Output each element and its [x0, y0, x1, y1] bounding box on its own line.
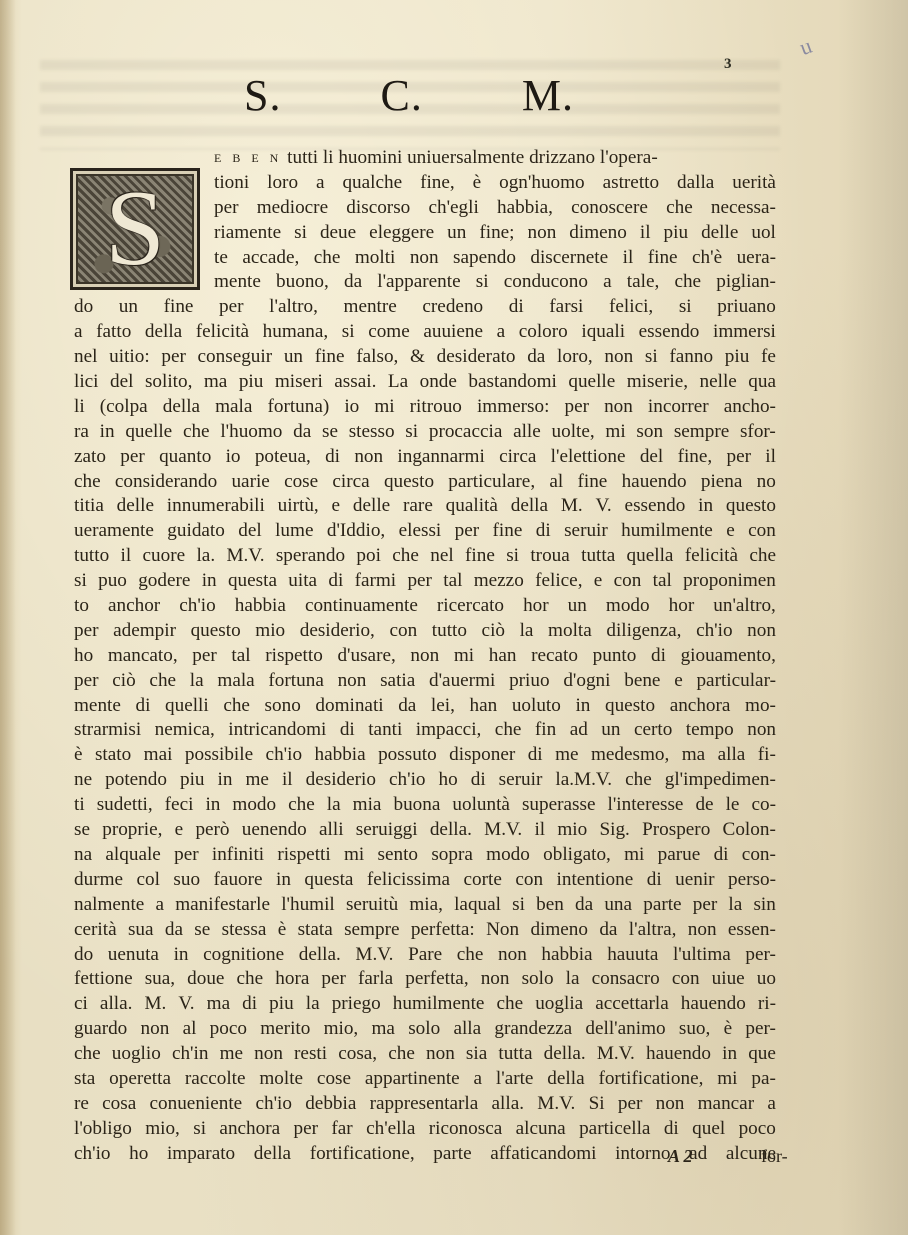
text-line: E B E N tutti li huomini uniuersalmente …	[74, 146, 776, 171]
text-line: cialla.M.V.madipiulapriegohumilmentecheu…	[74, 992, 776, 1017]
title-letter-s: S.	[244, 70, 281, 121]
text-line: dounfineperl'altro,mentrecredenodifarsif…	[74, 295, 776, 320]
text-line: mentediquellichesonodominatidalei,hanuol…	[74, 694, 776, 719]
text-line: perciòchelamalafortunanonsatiad'auermipr…	[74, 669, 776, 694]
catchword: for-	[761, 1146, 788, 1166]
sheet-mark: u	[796, 29, 826, 61]
document-page: u 3 S. C. M. S E B E N tutti li huomini …	[0, 0, 908, 1235]
text-line: cheuoglioch'inmenonresticosa,chenonsiatu…	[74, 1042, 776, 1067]
text-line: mentebuono,dal'apparentesiconduconoatale…	[74, 270, 776, 295]
folio-number: 3	[724, 56, 732, 73]
signature-mark: A 2	[668, 1146, 693, 1166]
text-line: seproprie,eperòuenendoalliseruiggidella.…	[74, 818, 776, 843]
body-text: E B E N tutti li huomini uniuersalmente …	[74, 146, 776, 1167]
text-line: sipuogodereinquestauitadifarmipertalmezz…	[74, 569, 776, 594]
title-letter-m: M.	[522, 70, 574, 121]
text-line: neluitio:perconseguirunfinefalso,&deside…	[74, 345, 776, 370]
page-edge-shadow	[838, 0, 908, 1235]
text-line: toanchorch'iohabbiacontinuamentericercat…	[74, 594, 776, 619]
text-line: tuttoilcuorela.M.V.sperandopoichenelfine…	[74, 544, 776, 569]
opening-small-caps: E B E N	[214, 146, 282, 171]
text-line: peradempirquestomiodesiderio,contuttociò…	[74, 619, 776, 644]
text-line: tioniloroaqualchefine,èogn'huomoastretto…	[74, 171, 776, 196]
text-line: nalmenteamanifestarlel'humilseruitùmia,l…	[74, 893, 776, 918]
text-line: riamentesideueeleggereunfine;nondimenoil…	[74, 221, 776, 246]
text-line: permediocrediscorsoch'eglihabbia,conosce…	[74, 196, 776, 221]
text-line: tisudetti,feciinmodochelamiabuonauoluntà…	[74, 793, 776, 818]
text-line: strarmisinemica,intricandomiditantiimpac…	[74, 718, 776, 743]
text-line: licidelsolito,mapiumiseriassai.Laondebas…	[74, 370, 776, 395]
text-line: durmecolsuofauoreinquestafelicissimacort…	[74, 868, 776, 893]
text-line: staoperettaraccoltemoltecoseappartinente…	[74, 1067, 776, 1092]
text-line: fettionesua,douechehoraperfarlaperfetta,…	[74, 967, 776, 992]
page-footer: A 2 for-	[668, 1146, 788, 1167]
text-line: èstatomaipossibilech'iohabbiapossutodisp…	[74, 743, 776, 768]
text-line: ceritàsuadasestessaèstatasempreperfetta:…	[74, 918, 776, 943]
text-line: douenutaincognitionedella.M.V.Parechenon…	[74, 943, 776, 968]
text-line: titiadelleinnumerabiliuirtù,edellerarequ…	[74, 494, 776, 519]
text-line: teaccade,chemoltinonsapendodiscerneteilf…	[74, 246, 776, 271]
title-letter-c: C.	[381, 70, 423, 121]
text-line: li(colpadellamalafortuna)iomiritrouoimme…	[74, 395, 776, 420]
text-line: homancato,pertalrispettod'usare,nonmihan…	[74, 644, 776, 669]
page-gutter-shadow	[0, 0, 16, 1235]
text-line: nepotendopiuinmeildesiderioch'iohodiseru…	[74, 768, 776, 793]
page-title: S. C. M.	[244, 70, 574, 121]
text-line: ueramenteguidatodellumed'Iddio,elessiper…	[74, 519, 776, 544]
text-line: l'obligomio,sianchoraperfarch'ellaricono…	[74, 1117, 776, 1142]
text-line: afattodellafelicitàhumana,sicomeauuienea…	[74, 320, 776, 345]
text-line: naalqualeperinfinitirispettimisentosopra…	[74, 843, 776, 868]
text-line: zatoperquantoiopoteua,dinoningannarmicir…	[74, 445, 776, 470]
text-line: guardononalpocomeritomio,masoloallagrand…	[74, 1017, 776, 1042]
text-line-content: tutti li huomini uniuersalmente drizzano…	[282, 146, 657, 171]
text-line: rainquellechel'huomodasestessosiprocacci…	[74, 420, 776, 445]
text-line: recosaconuenientech'iodebbiarappresentar…	[74, 1092, 776, 1117]
text-line: checonsiderandouariecosecircaquestoparti…	[74, 470, 776, 495]
